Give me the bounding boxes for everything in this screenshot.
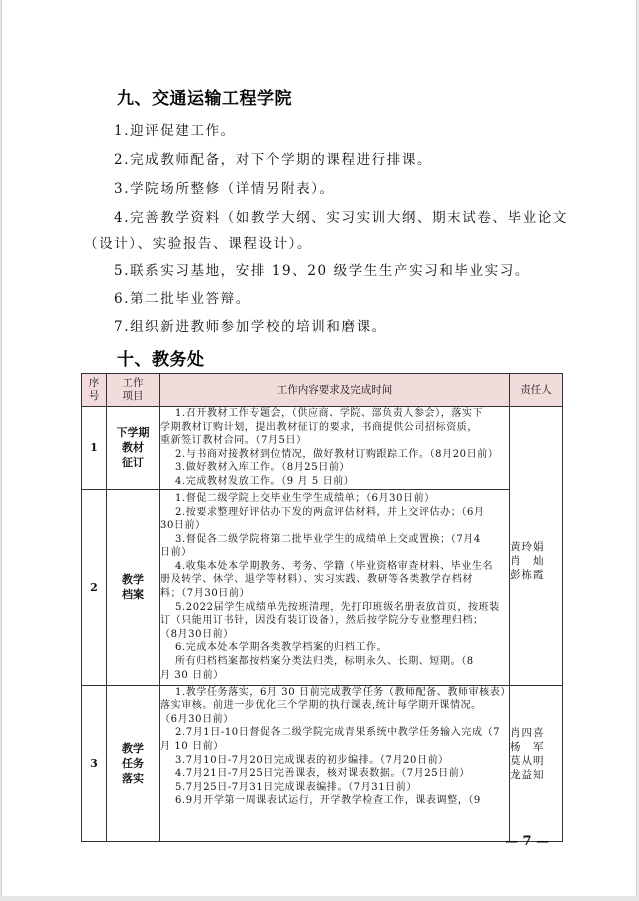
list-item: 2.完成教师配备，对下个学期的课程进行排课。 [114, 148, 432, 168]
row-content: 1.督促二级学院上交毕业生学生成绩单；（6月30日前） 2.按要求整理好评估办下… [160, 489, 510, 685]
header-seq: 序 号 [82, 374, 107, 407]
row-number: 3 [82, 685, 107, 841]
list-item-continuation: （设计）、实验报告、课程设计）。 [84, 232, 312, 252]
document-page: 九、交通运输工程学院 1.迎评促建工作。 2.完成教师配备，对下个学期的课程进行… [1, 0, 637, 896]
row-person-group-1: 黄玲娟 肖 灿 彭栋霞 [510, 407, 563, 686]
row-item: 下学期 教材 征订 [107, 407, 160, 490]
list-item: 4.完善教学资料（如教学大纲、实习实训大纲、期末试卷、毕业论文 [114, 206, 568, 226]
page-number: — 7 — [505, 834, 549, 849]
table-row: 2 教学 档案 1.督促二级学院上交毕业生学生成绩单；（6月30日前） 2.按要… [82, 489, 563, 685]
list-item: 6.第二批毕业答辩。 [114, 287, 251, 307]
table-header-row: 序 号 工作 项目 工作内容要求及完成时间 责任人 [82, 374, 563, 407]
list-item: 5.联系实习基地，安排 19、20 级学生生产实习和毕业实习。 [114, 259, 530, 279]
section-heading-transport-engineering: 九、交通运输工程学院 [117, 84, 292, 109]
list-item: 3.学院场所整修（详情另附表）。 [114, 177, 335, 197]
table-row: 3 教学 任务 落实 1.教学任务落实，6月 30 日前完成教学任务（教师配备、… [82, 685, 563, 841]
table-row: 1 下学期 教材 征订 1.召开教材工作专题会，（供应商、学院、部负责人参会），… [82, 407, 563, 490]
row-person-group-2: 肖四喜 杨 军 莫从明 龙益知 [510, 685, 563, 841]
header-item: 工作 项目 [107, 374, 160, 407]
section-heading-academic-affairs: 十、教务处 [117, 345, 205, 370]
header-content: 工作内容要求及完成时间 [160, 374, 510, 407]
row-number: 1 [82, 407, 107, 490]
row-item: 教学 任务 落实 [107, 685, 160, 841]
row-number: 2 [82, 489, 107, 685]
row-item: 教学 档案 [107, 489, 160, 685]
task-table: 序 号 工作 项目 工作内容要求及完成时间 责任人 1 下学期 教材 征订 [81, 373, 563, 842]
list-item: 7.组织新进教师参加学校的培训和磨课。 [114, 315, 387, 335]
header-person: 责任人 [510, 374, 563, 407]
row-content: 1.召开教材工作专题会，（供应商、学院、部负责人参会），落实下 学期教材订购计划… [160, 407, 510, 490]
list-item: 1.迎评促建工作。 [114, 119, 236, 139]
row-content: 1.教学任务落实，6月 30 日前完成教学任务（教师配备、教师审核表） 落实审核… [160, 685, 510, 841]
